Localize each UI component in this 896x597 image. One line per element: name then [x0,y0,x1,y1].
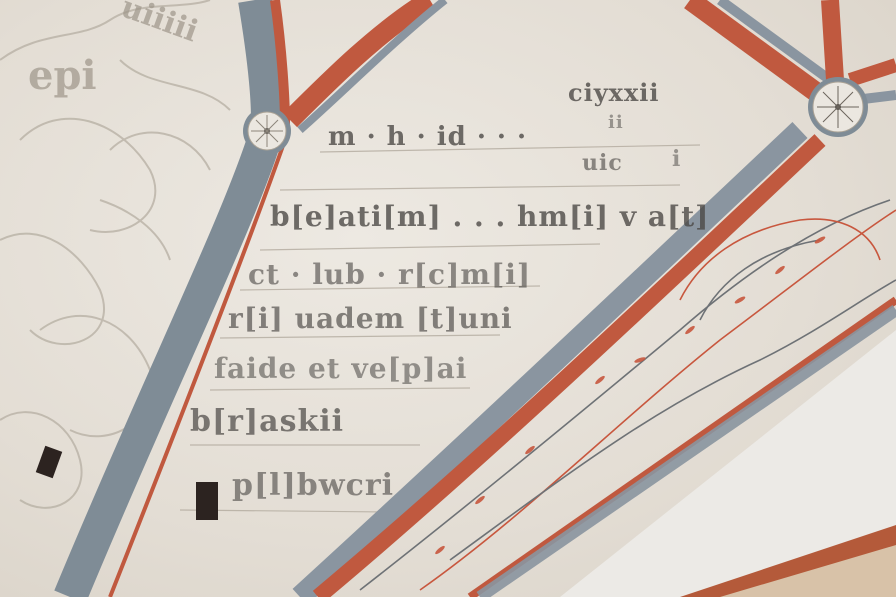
left-fragment: epi [28,52,97,99]
vault-ribs [0,0,896,597]
inscription-fragment: ciyxxii [568,78,660,107]
right-boss [808,77,868,137]
inscription-fragment: i [672,146,681,172]
inscription-line: faide et ve[p]ai [214,352,467,385]
scaffold-hole [36,446,62,478]
inscription-line: m · h · id · · · [328,122,527,152]
inscription-line: p[l]bwcri [232,468,394,503]
left-boss [243,107,291,155]
inscription-line: b[e]ati[m] . . . hm[i] v a[t] [270,200,709,233]
inscription-line: b[r]askii [190,404,344,439]
inscription-fragment: uic [582,150,623,176]
inscription-line: ct · lub · r[c]m[i] [248,258,531,291]
inscription-fragment: ii [608,112,624,133]
scaffold-hole [196,482,218,520]
fresco-photograph: uiiiii epi ciyxxii ii uic i m · h · id ·… [0,0,896,597]
inscription-line: r[i] uadem [t]uni [228,302,513,335]
